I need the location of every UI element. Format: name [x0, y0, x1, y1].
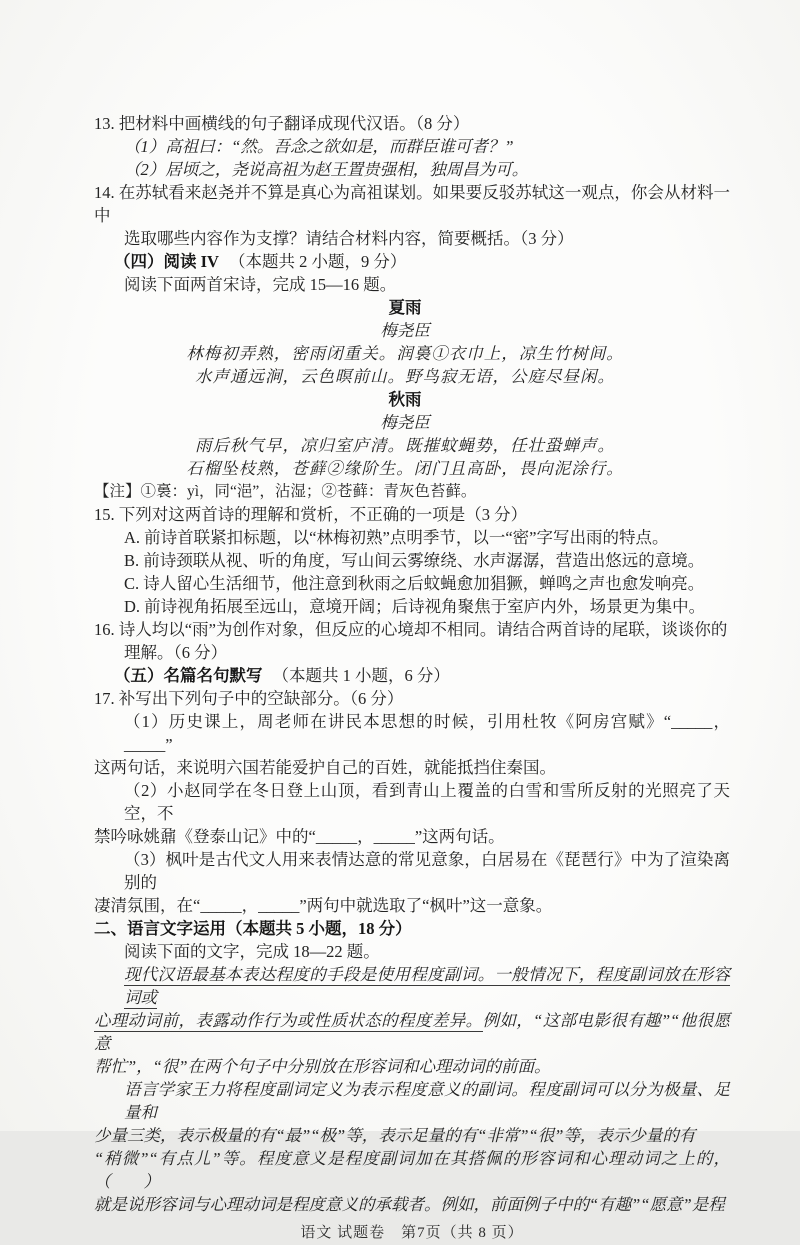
- section-4-meta: （本题共 2 小题，9 分）: [229, 252, 406, 271]
- section-5-meta: （本题共 1 小题，6 分）: [273, 666, 450, 685]
- question-15-stem: 15. 下列对这两首诗的理解和赏析，不正确的一项是（3 分）: [94, 503, 730, 526]
- section-5-label: （五）名篇名句默写: [114, 666, 263, 685]
- question-15-option-a: A. 前诗首联紧扣标题，以“林梅初熟”点明季节，以一“密”字写出雨的特点。: [94, 526, 730, 549]
- question-17-item-3-line-2: 凄清氛围，在“_____，_____”两句中就选取了“枫叶”这一意象。: [94, 894, 730, 917]
- underlined-sentence-part-1: 现代汉语最基本表达程度的手段是使用程度副词。一般情况下，程度副词放在形容词或: [124, 965, 730, 1009]
- question-15: 15. 下列对这两首诗的理解和赏析，不正确的一项是（3 分） A. 前诗首联紧扣…: [94, 503, 730, 618]
- page-footer: 语文 试题卷 第7页（共 8 页）: [94, 1222, 730, 1245]
- question-16-line-2: 理解。（6 分）: [94, 641, 730, 664]
- section-4-intro: 阅读下面两首宋诗，完成 15—16 题。: [94, 273, 730, 296]
- section-4-reading: （四）阅读 IV（本题共 2 小题，9 分） 阅读下面两首宋诗，完成 15—16…: [94, 250, 730, 296]
- section-5-heading: （五）名篇名句默写（本题共 1 小题，6 分）: [94, 664, 730, 687]
- question-14-line-1: 14. 在苏轼看来赵尧并不算是真心为高祖谋划。如果要反驳苏轼这一观点，你会从材料…: [94, 181, 730, 227]
- question-16: 16. 诗人均以“雨”为创作对象，但反应的心境却不相同。请结合两首诗的尾联，谈谈…: [94, 618, 730, 664]
- passage-para-1-line-3: 帮忙”，“很”在两个句子中分别放在形容词和心理动词的前面。: [94, 1055, 730, 1078]
- poem-2-line-2: 石榴坠枝熟，苍藓②缘阶生。闭门且高卧，畏向泥涂行。: [94, 457, 730, 480]
- section-2-title: 二、语言文字运用（本题共 5 小题，18 分）: [94, 917, 730, 940]
- poem-autumn-rain: 秋雨 梅尧臣 雨后秋气早，凉归室庐清。既摧蚊蝇势，任壮蛩蝉声。 石榴坠枝熟，苍藓…: [94, 388, 730, 480]
- question-13: 13. 把材料中画横线的句子翻译成现代汉语。（8 分） （1）高祖曰：“然。吾念…: [94, 112, 730, 181]
- poem-1-title: 夏雨: [94, 296, 730, 319]
- question-15-option-c: C. 诗人留心生活细节，他注意到秋雨之后蚊蝇愈加猖獗，蝉鸣之声也愈发响亮。: [94, 572, 730, 595]
- question-17-item-2-line-2: 禁吟咏姚鼐《登泰山记》中的“_____，_____”这两句话。: [94, 825, 730, 848]
- question-17-stem: 17. 补写出下列句子中的空缺部分。（6 分）: [94, 687, 730, 710]
- poem-1-line-1: 林梅初弄熟，密雨闭重关。润裛①衣巾上，凉生竹树间。: [94, 342, 730, 365]
- question-17-item-3-line-1: （3）枫叶是古代文人用来表情达意的常见意象，白居易在《琵琶行》中为了渲染离别的: [94, 848, 730, 894]
- poem-2-author: 梅尧臣: [94, 411, 730, 434]
- poem-2-line-1: 雨后秋气早，凉归室庐清。既摧蚊蝇势，任壮蛩蝉声。: [94, 434, 730, 457]
- reading-passage: 现代汉语最基本表达程度的手段是使用程度副词。一般情况下，程度副词放在形容词或 心…: [94, 963, 730, 1216]
- question-13-stem: 13. 把材料中画横线的句子翻译成现代汉语。（8 分）: [94, 112, 730, 135]
- question-16-line-1: 16. 诗人均以“雨”为创作对象，但反应的心境却不相同。请结合两首诗的尾联，谈谈…: [94, 618, 730, 641]
- section-2-language-use: 二、语言文字运用（本题共 5 小题，18 分） 阅读下面的文字，完成 18—22…: [94, 917, 730, 963]
- poem-2-title: 秋雨: [94, 388, 730, 411]
- poem-summer-rain: 夏雨 梅尧臣 林梅初弄熟，密雨闭重关。润裛①衣巾上，凉生竹树间。 水声通远涧，云…: [94, 296, 730, 388]
- question-17-item-2-line-1: （2）小赵同学在冬日登上山顶，看到青山上覆盖的白雪和雪所反射的光照亮了天空，不: [94, 779, 730, 825]
- question-14: 14. 在苏轼看来赵尧并不算是真心为高祖谋划。如果要反驳苏轼这一观点，你会从材料…: [94, 181, 730, 250]
- question-17: 17. 补写出下列句子中的空缺部分。（6 分） （1）历史课上，周老师在讲民本思…: [94, 687, 730, 917]
- question-17-item-1-line-1: （1）历史课上，周老师在讲民本思想的时候，引用杜牧《阿房宫赋》“_____，__…: [94, 710, 730, 756]
- passage-para-2-line-1: 语言学家王力将程度副词定义为表示程度意义的副词。程度副词可以分为极量、足量和: [94, 1078, 730, 1124]
- passage-para-2-line-4: 就是说形容词与心理动词是程度意义的承载者。例如，前面例子中的“有趣”“愿意”是程: [94, 1193, 730, 1216]
- passage-para-2-line-3: “稍微”“有点儿”等。程度意义是程度副词加在其搭佩的形容词和心理动词之上的，（ …: [94, 1147, 730, 1193]
- poem-1-line-2: 水声通远涧，云色暝前山。野鸟寂无语，公庭尽昼闲。: [94, 365, 730, 388]
- question-15-option-d: D. 前诗视角拓展至远山，意境开阔；后诗视角聚焦于室庐内外，场景更为集中。: [94, 595, 730, 618]
- question-13-item-2: （2）居顷之，尧说高祖为赵王置贵强相，独周昌为可。: [94, 158, 730, 181]
- section-2-intro: 阅读下面的文字，完成 18—22 题。: [94, 940, 730, 963]
- poem-1-author: 梅尧臣: [94, 319, 730, 342]
- question-14-line-2: 选取哪些内容作为支撑？请结合材料内容，简要概括。（3 分）: [94, 227, 730, 250]
- underlined-sentence-part-2: 心理动词前，表露动作行为或性质状态的程度差异。: [94, 1011, 483, 1032]
- question-15-option-b: B. 前诗颈联从视、听的角度，写山间云雾缭绕、水声潺潺，营造出悠远的意境。: [94, 549, 730, 572]
- section-4-label: （四）阅读 IV: [114, 252, 219, 271]
- exam-paper-page: 13. 把材料中画横线的句子翻译成现代汉语。（8 分） （1）高祖曰：“然。吾念…: [0, 0, 800, 1131]
- passage-para-1-line-1: 现代汉语最基本表达程度的手段是使用程度副词。一般情况下，程度副词放在形容词或: [94, 963, 730, 1009]
- question-13-item-1: （1）高祖曰：“然。吾念之欲如是，而群臣谁可者？”: [94, 135, 730, 158]
- passage-para-1-line-2: 心理动词前，表露动作行为或性质状态的程度差异。例如，“这部电影很有趣”“他很愿意: [94, 1009, 730, 1055]
- poem-footnote: 【注】①裛：yì，同“浥”，沾湿；②苍藓：青灰色苔藓。: [94, 480, 730, 503]
- passage-para-2-line-2: 少量三类，表示极量的有“最”“极”等，表示足量的有“非常”“很”等，表示少量的有: [94, 1124, 730, 1147]
- section-4-heading: （四）阅读 IV（本题共 2 小题，9 分）: [94, 250, 730, 273]
- question-17-item-1-line-2: 这两句话，来说明六国若能爱护自己的百姓，就能抵挡住秦国。: [94, 756, 730, 779]
